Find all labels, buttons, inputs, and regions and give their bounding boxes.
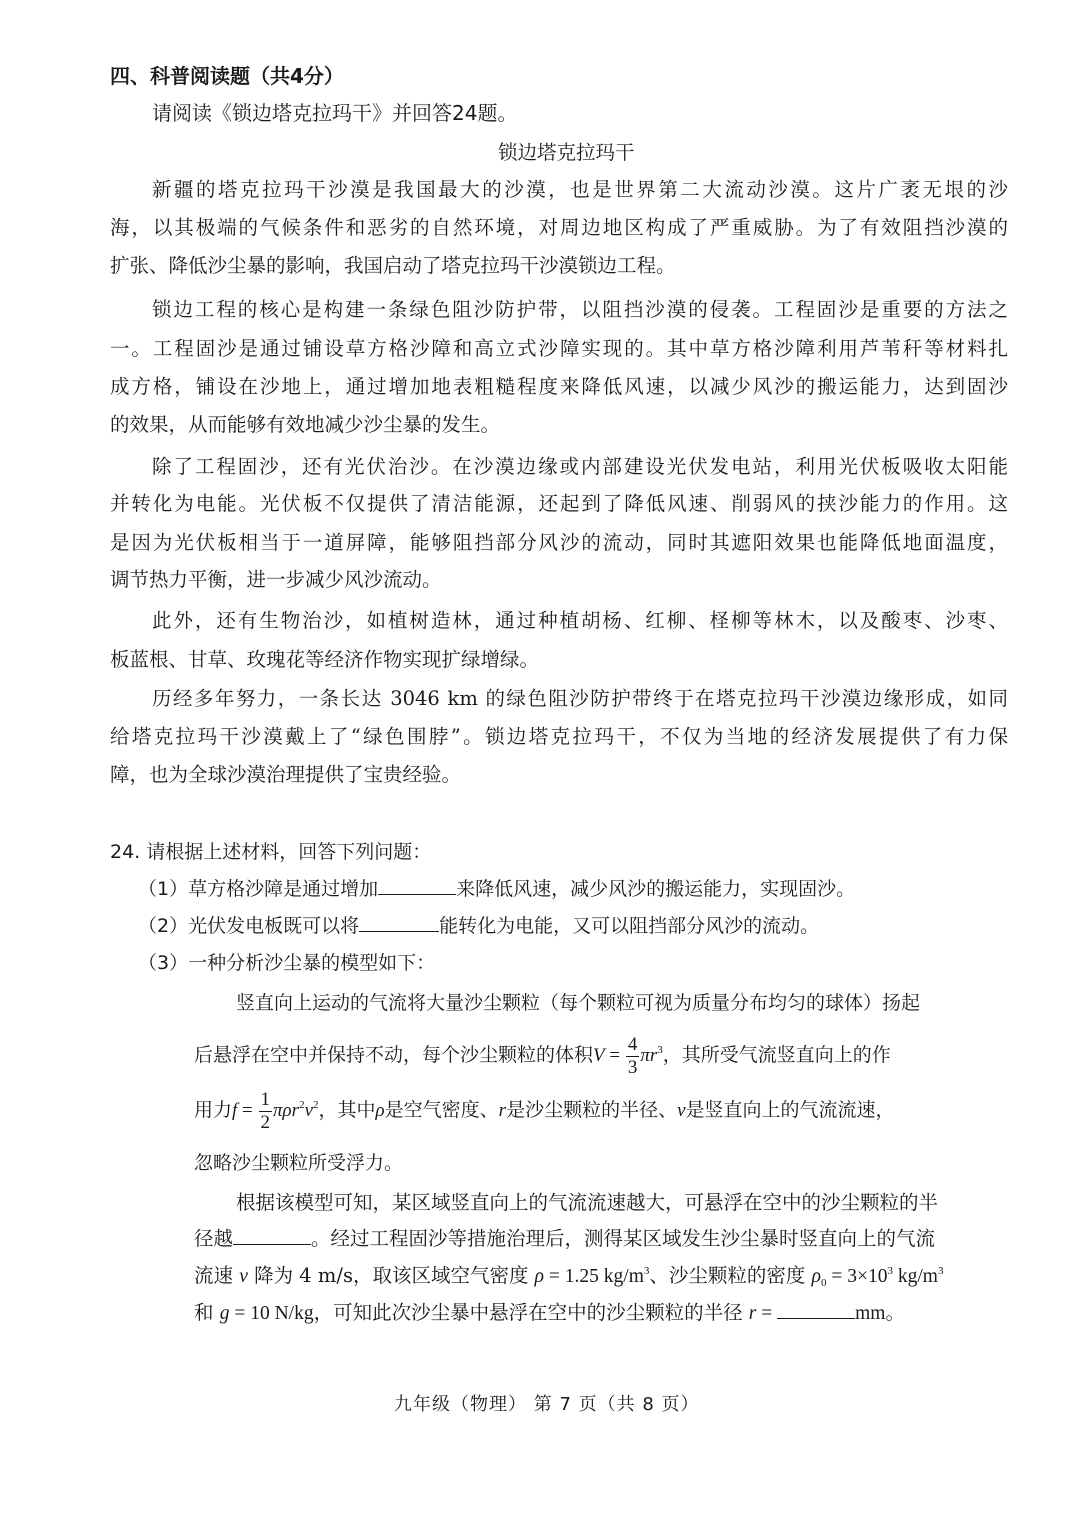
- page-footer: 九年级（物理） 第 7 页（共 8 页）: [394, 1392, 700, 1418]
- text: 和: [194, 1301, 214, 1324]
- sub-question-1: （1）草方格沙障是通过增加来降低风速，减少风沙的搬运能力，实现固沙。: [138, 876, 855, 902]
- ask-line-2: 径越。经过工程固沙等措施治理后，测得某区域发生沙尘暴时竖直向上的气流: [194, 1226, 935, 1252]
- fraction-numerator: 4: [626, 1034, 640, 1057]
- volume-formula-rest: πr: [640, 1045, 657, 1066]
- sub-question-3-label: （3）: [138, 952, 188, 974]
- rho-symbol: ρ: [535, 1266, 544, 1287]
- sub-question-2-text-after: 能转化为电能，又可以阻挡部分风沙的流动。: [439, 915, 819, 937]
- unit: kg/m: [893, 1266, 938, 1287]
- question-24-stem: 24. 请根据上述材料，回答下列问题：: [110, 839, 431, 865]
- question-stem: 请根据上述材料，回答下列问题：: [146, 841, 431, 863]
- article-paragraph-3-line-1: 除了工程固沙，还有光伏治沙。在沙漠边缘或内部建设光伏发电站，利用光伏板吸收太阳能: [152, 454, 1008, 480]
- r-symbol: r: [499, 1100, 506, 1121]
- article-paragraph-5-line-2: 给塔克拉玛干沙漠戴上了“绿色围脖”。锁边塔克拉玛干，不仅为当地的经济发展提供了有…: [110, 724, 1008, 750]
- text: = 10 N/kg，可知此次沙尘暴中悬浮在空中的沙尘颗粒的半径: [229, 1303, 742, 1324]
- section-heading: 四、科普阅读题（共4分）: [110, 63, 344, 89]
- article-paragraph-1-line-3: 扩张、降低沙尘暴的影响，我国启动了塔克拉玛干沙漠锁边工程。: [110, 253, 1008, 279]
- particle-density-value: = 3×10: [826, 1266, 887, 1287]
- text: ，其中: [319, 1099, 376, 1121]
- article-paragraph-5-line-3: 障，也为全球沙漠治理提供了宝贵经验。: [110, 762, 1008, 788]
- sub-question-2-text-before: 光伏发电板既可以将: [188, 915, 359, 937]
- model-line-3-text: 用力: [194, 1099, 232, 1121]
- volume-fraction: 43: [626, 1034, 640, 1079]
- sub-question-1-text-after: 来降低风速，减少风沙的搬运能力，实现固沙。: [456, 878, 855, 900]
- unit: mm。: [855, 1303, 905, 1324]
- article-paragraph-2-line-1: 锁边工程的核心是构建一条绿色阻沙防护带，以阻挡沙漠的侵袭。工程固沙是重要的方法之: [152, 297, 1008, 323]
- sub-question-3-intro: 一种分析沙尘暴的模型如下：: [188, 952, 435, 974]
- model-line-4: 忽略沙尘颗粒所受浮力。: [194, 1150, 403, 1176]
- v-symbol: v: [677, 1100, 685, 1121]
- model-line-2-text: 后悬浮在空中并保持不动，每个沙尘颗粒的体积: [194, 1044, 593, 1066]
- g-symbol: g: [220, 1303, 230, 1324]
- text: 是空气密度、: [385, 1099, 499, 1121]
- rho0-symbol: ρ: [812, 1266, 821, 1287]
- article-title: 锁边塔克拉玛干: [498, 140, 635, 166]
- force-formula-part: v: [305, 1100, 313, 1121]
- volume-symbol: V: [593, 1045, 605, 1066]
- ask-line-1: 根据该模型可知，某区域竖直向上的气流流速越大，可悬浮在空中的沙尘颗粒的半: [236, 1190, 938, 1216]
- question-number: 24.: [110, 841, 140, 863]
- text: 是竖直向上的气流流速，: [686, 1099, 895, 1121]
- text: 径越: [194, 1227, 233, 1250]
- article-paragraph-3-line-4: 调节热力平衡，进一步减少风沙流动。: [110, 567, 1008, 593]
- answer-blank-1[interactable]: [378, 876, 456, 895]
- model-line-2-tail: ，其所受气流竖直向上的作: [663, 1044, 891, 1066]
- force-fraction: 12: [259, 1089, 273, 1134]
- article-paragraph-2-line-4: 的效果，从而能够有效地减少沙尘暴的发生。: [110, 412, 1008, 438]
- answer-blank-2[interactable]: [359, 913, 439, 932]
- text: 。经过工程固沙等措施治理后，测得某区域发生沙尘暴时竖直向上的气流: [311, 1227, 935, 1250]
- fraction-denominator: 3: [626, 1057, 640, 1079]
- sub-question-3: （3）一种分析沙尘暴的模型如下：: [138, 950, 435, 976]
- article-paragraph-1-line-1: 新疆的塔克拉玛干沙漠是我国最大的沙漠，也是世界第二大流动沙漠。这片广袤无垠的沙: [152, 177, 1008, 203]
- article-paragraph-4-line-2: 板蓝根、甘草、玫瑰花等经济作物实现扩绿增绿。: [110, 647, 1008, 673]
- model-line-3: 用力f = 12πρr2v2，其中ρ是空气密度、r是沙尘颗粒的半径、v是竖直向上…: [194, 1085, 895, 1136]
- exponent: 3: [938, 1265, 944, 1277]
- text: 是沙尘颗粒的半径、: [506, 1099, 677, 1121]
- sub-question-2-label: （2）: [138, 915, 188, 937]
- article-paragraph-1-line-2: 海，以其极端的气候条件和恶劣的自然环境，对周边地区构成了严重威胁。为了有效阻挡沙…: [110, 215, 1008, 241]
- force-formula-part: πρr: [273, 1100, 299, 1121]
- sub-question-1-label: （1）: [138, 878, 188, 900]
- air-density-value: = 1.25 kg/m: [544, 1266, 644, 1287]
- model-line-1: 竖直向上运动的气流将大量沙尘颗粒（每个颗粒可视为质量分布均匀的球体）扬起: [236, 990, 920, 1016]
- equals-sign: =: [605, 1045, 625, 1066]
- article-paragraph-5-line-1: 历经多年努力，一条长达 3046 km 的绿色阻沙防护带终于在塔克拉玛干沙漠边缘…: [152, 686, 1008, 712]
- text: 降为 4 m/s，取该区域空气密度: [254, 1264, 528, 1287]
- fraction-denominator: 2: [259, 1112, 273, 1134]
- article-paragraph-2-line-2: 一。工程固沙是通过铺设草方格沙障和高立式沙障实现的。其中草方格沙障利用芦苇秆等材…: [110, 336, 1008, 362]
- sub-question-2: （2）光伏发电板既可以将能转化为电能，又可以阻挡部分风沙的流动。: [138, 913, 819, 939]
- section-instruction: 请阅读《锁边塔克拉玛干》并回答24题。: [152, 100, 517, 126]
- v-symbol: v: [239, 1266, 248, 1287]
- equals-sign: =: [756, 1303, 777, 1324]
- ask-line-4: 和 g = 10 N/kg，可知此次沙尘暴中悬浮在空中的沙尘颗粒的半径 r = …: [194, 1300, 905, 1327]
- rho-symbol: ρ: [376, 1100, 385, 1121]
- equals-sign: =: [237, 1100, 257, 1121]
- article-paragraph-3-line-2: 并转化为电能。光伏板不仅提供了清洁能源，还起到了降低风速、削弱风的挟沙能力的作用…: [110, 491, 1008, 517]
- answer-blank-3[interactable]: [233, 1226, 311, 1245]
- model-line-2: 后悬浮在空中并保持不动，每个沙尘颗粒的体积V = 43πr3，其所受气流竖直向上…: [194, 1030, 891, 1081]
- article-paragraph-2-line-3: 成方格，铺设在沙地上，通过增加地表粗糙程度来降低风速，以减少风沙的搬运能力，达到…: [110, 374, 1008, 400]
- ask-line-3: 流速 v 降为 4 m/s，取该区域空气密度 ρ = 1.25 kg/m3、沙尘…: [194, 1263, 943, 1290]
- text: 、沙尘颗粒的密度: [649, 1264, 805, 1287]
- fraction-numerator: 1: [259, 1089, 273, 1112]
- sub-question-1-text-before: 草方格沙障是通过增加: [188, 878, 378, 900]
- article-paragraph-3-line-3: 是因为光伏板相当于一道屏障，能够阻挡部分风沙的流动，同时其遮阳效果也能降低地面温…: [110, 530, 1008, 556]
- article-paragraph-4-line-1: 此外，还有生物治沙，如植树造林，通过种植胡杨、红柳、柽柳等林木，以及酸枣、沙枣、: [152, 608, 1008, 634]
- answer-blank-4[interactable]: [777, 1300, 855, 1319]
- exam-page: 四、科普阅读题（共4分） 请阅读《锁边塔克拉玛干》并回答24题。 锁边塔克拉玛干…: [0, 0, 1080, 1528]
- text: 流速: [194, 1264, 233, 1287]
